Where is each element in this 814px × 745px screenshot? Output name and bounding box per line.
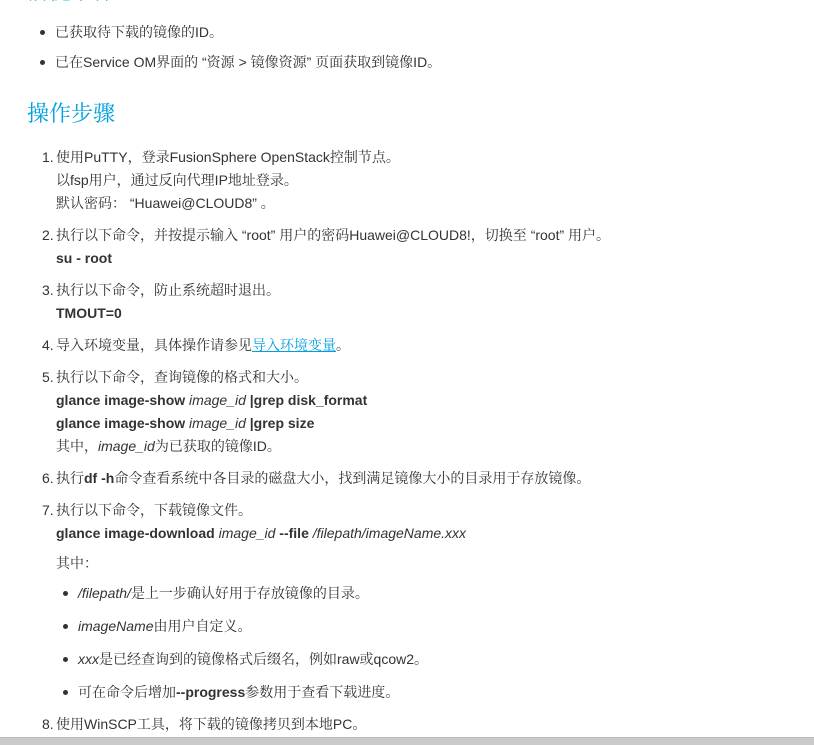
step-text: 使用PuTTY，登录FusionSphere OpenStack控制节点。 — [56, 146, 814, 169]
text-segment: 是上一步确认好用于存放镜像的目录。 — [131, 585, 369, 601]
command-line: glance image-show image_id |grep size — [56, 412, 814, 435]
step-text: 使用WinSCP工具，将下载的镜像拷贝到本地PC。 — [56, 713, 814, 736]
step-3: 3. 执行以下命令，防止系统超时退出。 TMOUT=0 — [0, 279, 814, 325]
step-text: 其中： — [56, 552, 814, 575]
doc-content-area: 前提条件 已获取待下载的镜像的ID。 已在Service OM界面的 “资源 >… — [0, 0, 814, 745]
operation-steps-heading: 操作步骤 — [27, 99, 814, 128]
step-text: 导入环境变量，具体操作请参见导入环境变量。 — [56, 334, 814, 357]
text-segment: 执行以下命令，防止系统超时退出。 — [56, 282, 280, 298]
footer-bar — [0, 737, 814, 745]
step-5: 5. 执行以下命令，查询镜像的格式和大小。 glance image-show … — [0, 366, 814, 458]
text-segment: 为已获取的镜像ID。 — [155, 438, 281, 454]
step-8: 8. 使用WinSCP工具，将下载的镜像拷贝到本地PC。 — [0, 713, 814, 736]
command-line: glance image-download image_id --file /f… — [56, 522, 814, 545]
text-segment: 参数用于查看下载进度。 — [245, 684, 399, 700]
text-segment: xxx — [78, 651, 99, 667]
text-segment: 默认密码： “Huawei@CLOUD8” 。 — [56, 195, 275, 211]
text-segment: 执行以下命令，并按提示输入 “root” 用户的密码Huawei@CLOUD8!… — [56, 227, 610, 243]
prerequisites-heading-clipped: 前提条件 — [27, 0, 814, 5]
text-segment: |grep size — [250, 415, 315, 431]
text-segment: 导入环境变量，具体操作请参见 — [56, 337, 252, 353]
inline-link[interactable]: 导入环境变量 — [252, 337, 336, 353]
command-line: glance image-show image_id |grep disk_fo… — [56, 389, 814, 412]
step-text: 执行以下命令，查询镜像的格式和大小。 — [56, 366, 814, 389]
step-7: 7. 执行以下命令，下载镜像文件。 glance image-download … — [0, 499, 814, 704]
text-segment: /filepath/ — [78, 585, 131, 601]
text-segment: 由用户自定义。 — [153, 618, 251, 634]
text-segment: glance image-show — [56, 392, 189, 408]
command-line: su - root — [56, 247, 814, 270]
command-line: TMOUT=0 — [56, 302, 814, 325]
step-text: 执行以下命令，下载镜像文件。 — [56, 499, 814, 522]
text-segment: |grep disk_format — [250, 392, 368, 408]
text-segment: 使用WinSCP工具，将下载的镜像拷贝到本地PC。 — [56, 716, 366, 732]
text-segment: image_id — [98, 438, 155, 454]
text-segment: 以fsp用户，通过反向代理IP地址登录。 — [56, 172, 298, 188]
steps-list: 1. 使用PuTTY，登录FusionSphere OpenStack控制节点。… — [0, 146, 814, 736]
bullet-item: /filepath/是上一步确认好用于存放镜像的目录。 — [56, 582, 814, 605]
step-1: 1. 使用PuTTY，登录FusionSphere OpenStack控制节点。… — [0, 146, 814, 215]
step-number: 4. — [42, 334, 54, 357]
text-segment: --file — [279, 525, 312, 541]
text-segment: su - root — [56, 250, 112, 266]
text-segment: image_id — [189, 392, 250, 408]
text-segment: 其中， — [56, 438, 98, 454]
text-segment: df -h — [84, 470, 114, 486]
text-segment: 使用PuTTY，登录FusionSphere OpenStack控制节点。 — [56, 149, 400, 165]
step-number: 7. — [42, 499, 54, 522]
clipped-heading-box: 前提条件 — [27, 0, 814, 5]
step-text: 执行df -h命令查看系统中各目录的磁盘大小，找到满足镜像大小的目录用于存放镜像… — [56, 467, 814, 490]
text-segment: 可在命令后增加 — [78, 684, 176, 700]
step-number: 5. — [42, 366, 54, 389]
step-text: 执行以下命令，并按提示输入 “root” 用户的密码Huawei@CLOUD8!… — [56, 224, 814, 247]
text-segment: 执行以下命令，下载镜像文件。 — [56, 502, 252, 518]
step-number: 2. — [42, 224, 54, 247]
text-segment: 是已经查询到的镜像格式后缀名，例如raw或qcow2。 — [99, 651, 428, 667]
text-segment: --progress — [176, 684, 245, 700]
step-6: 6. 执行df -h命令查看系统中各目录的磁盘大小，找到满足镜像大小的目录用于存… — [0, 467, 814, 490]
step-number: 1. — [42, 146, 54, 169]
text-segment: TMOUT=0 — [56, 305, 122, 321]
prerequisite-item: 已在Service OM界面的 “资源 > 镜像资源” 页面获取到镜像ID。 — [0, 51, 814, 74]
bullet-item: 可在命令后增加--progress参数用于查看下载进度。 — [56, 681, 814, 704]
step-text: 其中，image_id为已获取的镜像ID。 — [56, 435, 814, 458]
text-segment: /filepath/imageName.xxx — [313, 525, 466, 541]
prerequisite-text: 已在Service OM界面的 “资源 > 镜像资源” 页面获取到镜像ID。 — [55, 54, 441, 70]
bullet-item: imageName由用户自定义。 — [56, 615, 814, 638]
step-text: 以fsp用户，通过反向代理IP地址登录。 — [56, 169, 814, 192]
prerequisites-list: 已获取待下载的镜像的ID。 已在Service OM界面的 “资源 > 镜像资源… — [0, 21, 814, 74]
step-number: 6. — [42, 467, 54, 490]
text-segment: image_id — [219, 525, 280, 541]
text-segment: 执行 — [56, 470, 84, 486]
step-number: 3. — [42, 279, 54, 302]
text-segment: 执行以下命令，查询镜像的格式和大小。 — [56, 369, 308, 385]
text-segment: imageName — [78, 618, 153, 634]
text-segment: 。 — [336, 337, 350, 353]
step-2: 2. 执行以下命令，并按提示输入 “root” 用户的密码Huawei@CLOU… — [0, 224, 814, 270]
text-segment: 其中： — [56, 555, 98, 571]
step-4: 4. 导入环境变量，具体操作请参见导入环境变量。 — [0, 334, 814, 357]
text-segment: 命令查看系统中各目录的磁盘大小，找到满足镜像大小的目录用于存放镜像。 — [114, 470, 590, 486]
step-number: 8. — [42, 713, 54, 736]
step-text: 默认密码： “Huawei@CLOUD8” 。 — [56, 192, 814, 215]
prerequisite-item: 已获取待下载的镜像的ID。 — [0, 21, 814, 44]
text-segment: image_id — [189, 415, 250, 431]
step-text: 执行以下命令，防止系统超时退出。 — [56, 279, 814, 302]
prerequisite-text: 已获取待下载的镜像的ID。 — [55, 24, 223, 40]
text-segment: glance image-download — [56, 525, 219, 541]
text-segment: glance image-show — [56, 415, 189, 431]
step-7-bullet-list: /filepath/是上一步确认好用于存放镜像的目录。 imageName由用户… — [56, 582, 814, 704]
bullet-item: xxx是已经查询到的镜像格式后缀名，例如raw或qcow2。 — [56, 648, 814, 671]
